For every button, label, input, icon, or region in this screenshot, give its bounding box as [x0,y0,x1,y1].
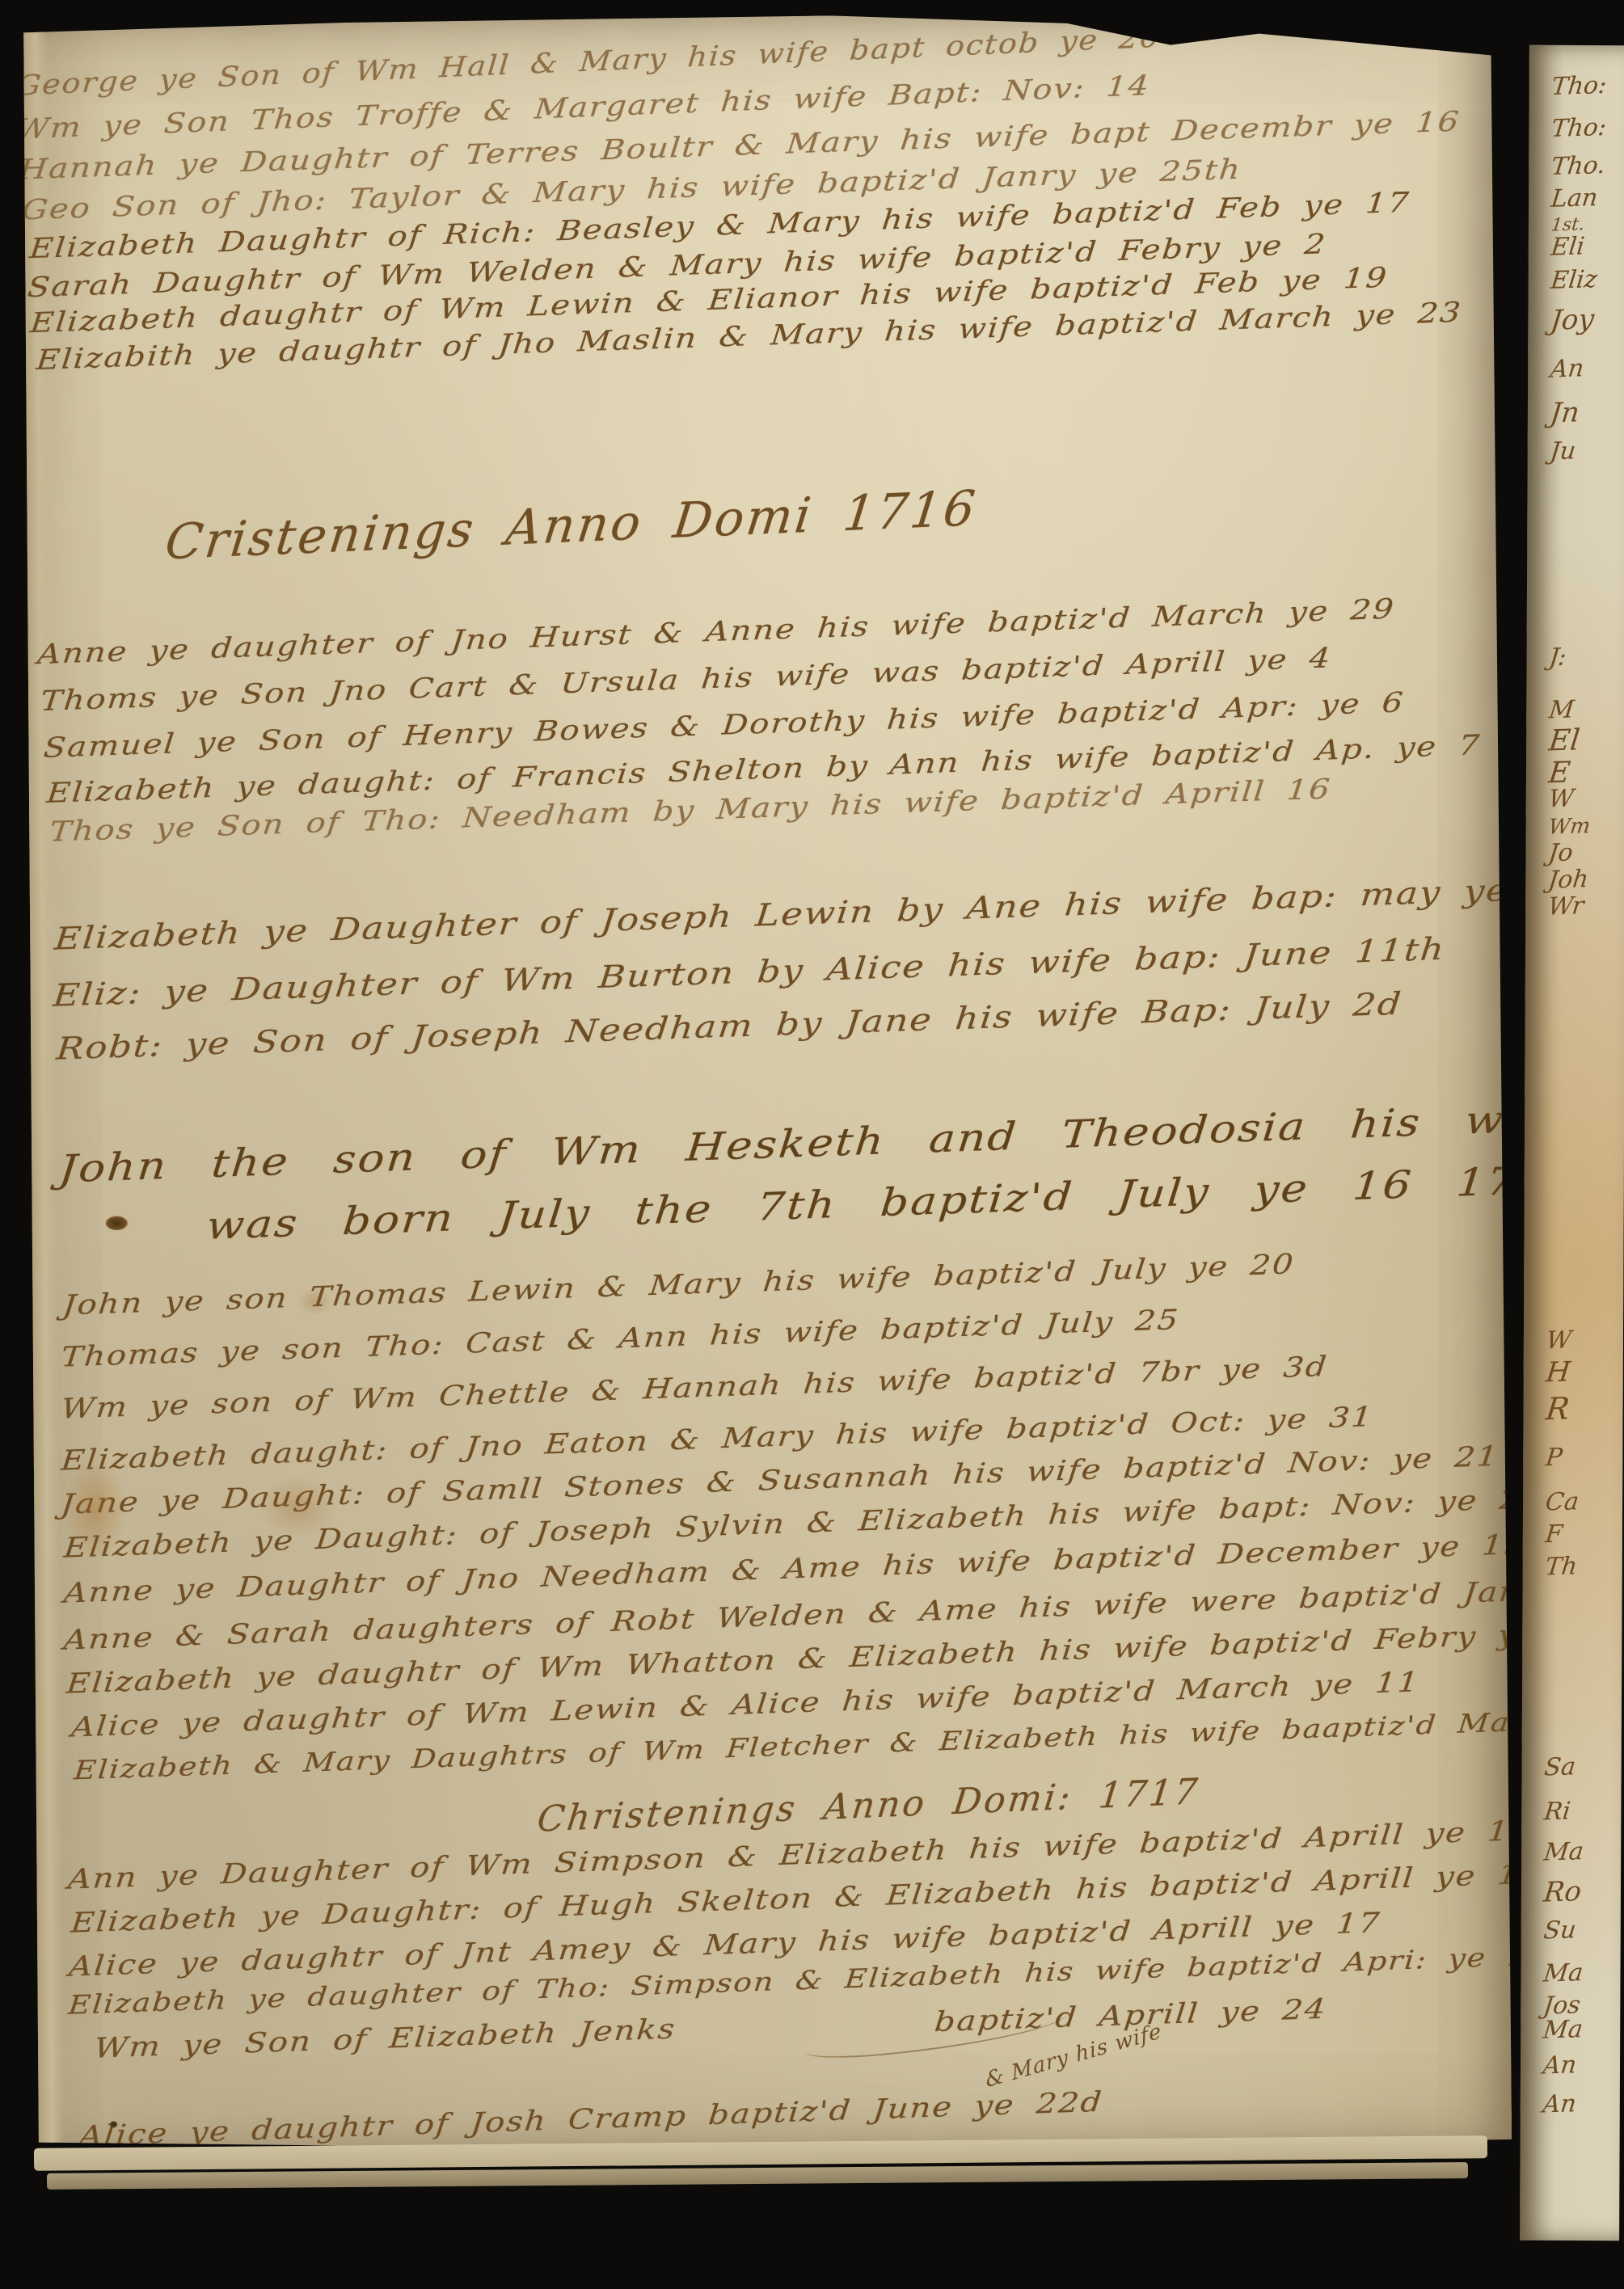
facing-page-fragment: An [1542,2089,1578,2118]
manuscript-page: George ye Son of Wm Hall & Mary his wife… [19,11,1512,2157]
facing-page-fragment: F [1544,1520,1564,1549]
facing-page-fragment: Jo [1547,838,1575,867]
facing-page-fragment: Ri [1542,1797,1571,1826]
foxing-speck [110,2121,117,2127]
facing-page-fragment: Su [1542,1916,1578,1945]
stain [296,1287,333,1316]
facing-page-fragment: Jn [1549,396,1581,429]
facing-page-fragment: P [1544,1444,1563,1473]
facing-page-fragment: Ro [1542,1875,1584,1908]
ink-blot [105,1216,128,1230]
jenks-entry-left: Wm ye Son of Elizabeth Jenks [93,2013,677,2064]
facing-page-fragment: W [1547,784,1575,813]
facing-page-fragment: M [1547,695,1575,724]
facing-page-fragment: Tho. [1550,151,1607,181]
facing-page-fragment: Sa [1543,1752,1577,1781]
facing-page-fragment: Tho: [1550,71,1609,101]
facing-page-fragment: Ma [1542,2015,1584,2044]
facing-page-fragment: An [1549,354,1585,383]
facing-page-fragment: Lan [1550,183,1599,213]
facing-page-fragment: Th [1544,1552,1579,1581]
manuscript-photo: { "document_type": "Parish register manu… [0,0,1624,2289]
handwriting-layer: George ye Son of Wm Hall & Mary his wife… [0,0,1539,2174]
facing-page-fragment: H [1544,1355,1571,1389]
facing-page-fragment: Eli [1550,232,1586,261]
facing-page-fragment: J: [1548,643,1568,672]
facing-page-fragment: Wr [1546,892,1585,921]
foxing-speck [240,2245,247,2250]
facing-page-fragment: Joh [1546,865,1589,894]
facing-page-fragment: Joy [1549,303,1596,337]
facing-page-fragment: R [1544,1391,1571,1427]
stain [257,1474,339,1540]
foxing-speck [208,2215,213,2220]
facing-page-fragment: Ju [1549,436,1577,466]
facing-page-fragment: El [1547,723,1581,757]
stain [63,1456,129,1562]
facing-page-fragment: Ma [1542,1837,1585,1866]
facing-page-sliver: Tho: Tho: Tho. Lan 1st. Eli Eliz Joy An … [1520,45,1624,2241]
facing-page-fragment: W [1545,1326,1573,1355]
facing-page-fragment: Eliz [1550,265,1599,295]
section-heading-1716: Cristenings Anno Domi 1716 [162,480,981,571]
facing-page-fragment: Tho: [1550,113,1608,143]
facing-page-fragment: Ma [1542,1958,1584,1988]
facing-page-fragment: An [1542,2051,1578,2080]
facing-page-fragment: Ca [1544,1487,1580,1516]
facing-page-fragment: Wm [1547,814,1592,840]
